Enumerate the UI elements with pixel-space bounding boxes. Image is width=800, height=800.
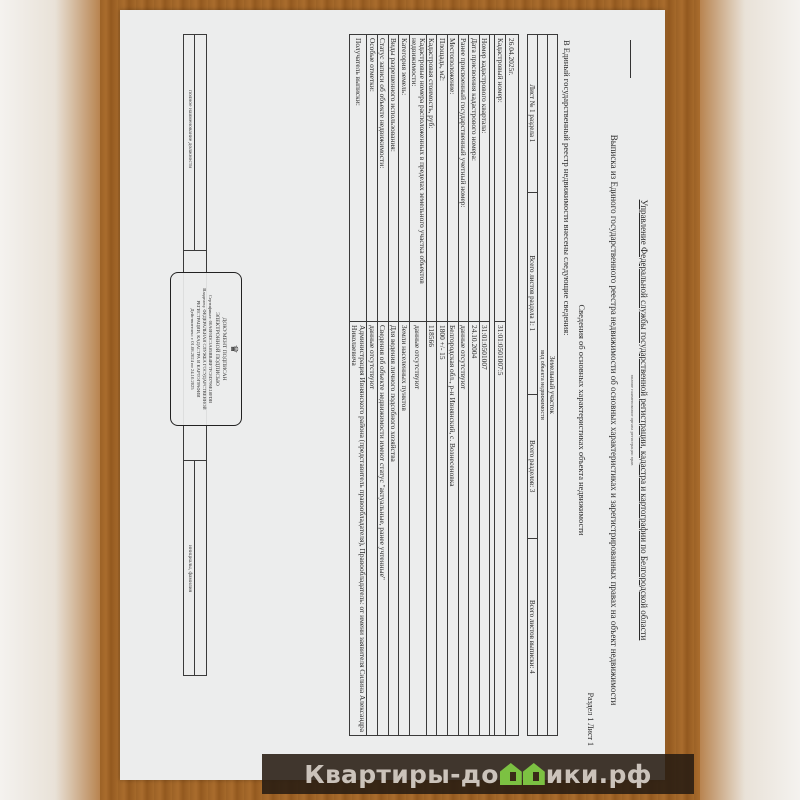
row-label: Кадастровая стоимость, руб: — [426, 35, 437, 322]
watermark-text-end: ики.рф — [546, 760, 652, 789]
spacer-row — [490, 35, 495, 736]
sections-count: Всего разделов: 3 — [528, 394, 538, 538]
row-value: Белгородская обл., р-н Ивнянский, с. Воз… — [448, 322, 459, 736]
row-value: Земли населенных пунктов — [399, 322, 410, 736]
document-page-rotated: Управление Федеральной службы государств… — [120, 10, 665, 780]
table-row: Номер кадастрового квартала: 31:01:05010… — [479, 35, 490, 736]
row-label: Категория земель: — [399, 35, 410, 322]
watermark-text-start: Квартиры-до — [304, 760, 499, 789]
table-row: Дата присвоения кадастрового номера: 24.… — [469, 35, 480, 736]
object-type-table: Земельный участок вид объекта недвижимос… — [527, 34, 558, 736]
row-value: данные отсутствуют — [458, 322, 469, 736]
row-label: Ранее присвоенный государственный учетны… — [458, 35, 469, 322]
total-sheets-count: Всего листов выписки: 4 — [528, 538, 538, 735]
stamp-certificate: Сертификат: 00A0F8DC3A85BB4BF7FC8D796E18… — [208, 273, 213, 425]
row-label: Местоположение: — [448, 35, 459, 322]
characteristics-table: 26.04.2025г. Кадастровый номер: 31:01:05… — [349, 34, 519, 736]
row-label: Дата присвоения кадастрового номера: — [469, 35, 480, 322]
row-label: Получатель выписки: — [350, 35, 367, 322]
section-mark: Раздел 1 Лист 1 — [586, 693, 595, 746]
extract-date: 26.04.2025г. — [506, 35, 519, 736]
sheet-number: Лист № 1 раздела 1 — [528, 35, 538, 193]
background-left — [0, 0, 100, 800]
stamp-subtitle: ЭЛЕКТРОННОЙ ПОДПИСЬЮ — [214, 273, 220, 425]
stamp-title: ДОКУМЕНТ ПОДПИСАН — [221, 273, 227, 425]
row-value: данные отсутствуют — [367, 322, 378, 736]
row-label: Площадь, м2: — [437, 35, 448, 322]
row-label: Статус записи об объекте недвижимости: — [378, 35, 389, 322]
house-icon — [523, 763, 545, 785]
electronic-signature-stamp: ♛ ДОКУМЕНТ ПОДПИСАН ЭЛЕКТРОННОЙ ПОДПИСЬЮ… — [170, 272, 242, 426]
table-row: Площадь, м2: 1800 +/- 15 — [437, 35, 448, 736]
table-row: Кадастровая стоимость, руб: 118566 — [426, 35, 437, 736]
document-subtitle: Сведения об основных характеристиках объ… — [577, 70, 587, 770]
header-rule — [630, 40, 631, 78]
row-value: 24.10.2004 — [469, 322, 480, 736]
document-paper: Управление Федеральной службы государств… — [120, 10, 665, 780]
houses-logo-icon — [500, 763, 545, 785]
table-row: Получатель выписки: Администрация Ивнянс… — [350, 35, 367, 736]
cadastral-number-label: Кадастровый номер: — [495, 35, 506, 322]
row-value: Для ведения личного подсобного хозяйства — [388, 322, 399, 736]
object-type: Земельный участок — [548, 35, 558, 736]
eagle-emblem-icon: ♛ — [228, 273, 239, 425]
stamp-validity: Действителен: с 01.08.2024 по 24.10.2025 — [190, 273, 195, 425]
cadastral-number-value: 31:01:0501007:5 — [495, 322, 506, 736]
table-row: Ранее присвоенный государственный учетны… — [458, 35, 469, 736]
footer-rule — [194, 35, 195, 250]
agency-name: Управление Федеральной службы государств… — [639, 140, 649, 700]
name-caption: инициалы, фамилия — [187, 545, 193, 592]
row-value: 118566 — [426, 322, 437, 736]
table-row: Виды разрешенного использования: Для вед… — [388, 35, 399, 736]
section-sheets-count: Всего листов раздела 1: 1 — [528, 192, 538, 394]
row-value: Сведения об объекте недвижимости имеют с… — [378, 322, 389, 736]
row-label: Особые отметки: — [367, 35, 378, 322]
footer-position-cell: полное наименование должности — [184, 35, 206, 251]
position-caption: полное наименование должности — [187, 90, 193, 168]
row-value: 1800 +/- 15 — [437, 322, 448, 736]
table-row: Местоположение: Белгородская обл., р-н И… — [448, 35, 459, 736]
intro-text: В Единый государственный реестр недвижим… — [562, 40, 572, 336]
stamp-owner-cont: РЕГИСТРАЦИИ, КАДАСТРА И КАРТОГРАФИИ — [196, 273, 201, 425]
table-row: Статус записи об объекте недвижимости: С… — [378, 35, 389, 736]
house-icon — [500, 763, 522, 785]
table-row: Кадастровые номера расположенных в преде… — [409, 35, 426, 736]
footer-rule — [194, 460, 195, 675]
row-label: Номер кадастрового квартала: — [479, 35, 490, 322]
stamp-owner: Владелец: ФЕДЕРАЛЬНАЯ СЛУЖБА ГОСУДАРСТВЕ… — [202, 273, 207, 425]
row-value: данные отсутствуют — [409, 322, 426, 736]
row-label: Кадастровые номера расположенных в преде… — [409, 35, 426, 322]
table-row: Особые отметки: данные отсутствуют — [367, 35, 378, 736]
row-value: Администрация Ивнянского района (предста… — [350, 322, 367, 736]
table-row: Категория земель: Земли населенных пункт… — [399, 35, 410, 736]
object-type-caption: вид объекта недвижимости — [538, 35, 548, 736]
row-value: 31:01:0501007 — [479, 322, 490, 736]
agency-caption: полное наименование органа регистрации п… — [630, 140, 635, 700]
watermark-banner: Квартиры-до ики.рф — [262, 754, 694, 794]
background-right — [700, 0, 800, 800]
row-label: Виды разрешенного использования: — [388, 35, 399, 322]
document-title: Выписка из Единого государственного реес… — [609, 70, 619, 770]
